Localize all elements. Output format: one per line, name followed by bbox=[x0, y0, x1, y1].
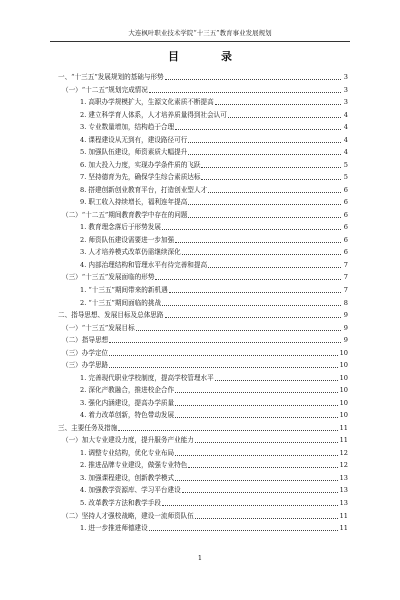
dot-leader bbox=[165, 317, 342, 318]
dot-leader bbox=[109, 367, 337, 368]
dot-leader bbox=[188, 217, 341, 218]
page-number: 1 bbox=[0, 554, 400, 562]
toc-entry-level3[interactable]: 3. 人才培养模式改革仍需继续深化6 bbox=[80, 246, 348, 258]
dot-leader bbox=[165, 79, 341, 80]
toc-entry-page: 8 bbox=[343, 297, 348, 309]
dot-leader bbox=[175, 242, 341, 243]
toc-entry-page: 6 bbox=[343, 184, 348, 196]
toc-entry-page: 6 bbox=[343, 209, 348, 221]
dot-leader bbox=[149, 530, 338, 531]
toc-entry-label: 7. 坚持德育为先，确保学生综合素质达标 bbox=[80, 171, 201, 183]
toc-entry-page: 10 bbox=[340, 372, 348, 384]
toc-entry-level1[interactable]: 二、指导思想、发展目标及总体思路9 bbox=[58, 309, 348, 321]
dot-leader bbox=[201, 179, 341, 180]
toc-entry-label: （三）“十三五”发展面临的形势 bbox=[62, 271, 155, 283]
dot-leader bbox=[162, 305, 341, 306]
toc-entry-label: 4. 课程建设从无到有，建设路径可行 bbox=[80, 134, 188, 146]
toc-entry-level3[interactable]: 4. 着力改革创新，特色带动发展10 bbox=[80, 409, 348, 421]
toc-entry-level3[interactable]: 8. 搭建创新创业教育平台，打造创业型人才6 bbox=[80, 184, 348, 196]
dot-leader bbox=[228, 117, 341, 118]
toc-entry-page: 10 bbox=[340, 409, 348, 421]
toc-entry-page: 6 bbox=[343, 246, 348, 258]
dot-leader bbox=[208, 267, 341, 268]
toc-entry-page: 11 bbox=[340, 434, 348, 446]
dot-leader bbox=[188, 467, 337, 468]
toc-entry-level2[interactable]: （三）办学定位10 bbox=[62, 347, 348, 359]
toc-entry-label: （三）办学定位 bbox=[62, 347, 109, 359]
toc-entry-level3[interactable]: 6. 加大投入力度，实现办学条件质的飞跃5 bbox=[80, 159, 348, 171]
toc-title-right: 录 bbox=[221, 48, 232, 64]
toc-entry-level3[interactable]: 5. 加强队伍建设，师资素质大幅提升4 bbox=[80, 146, 348, 158]
toc-entry-level2[interactable]: （三）“十三五”发展面临的形势7 bbox=[62, 271, 348, 283]
dot-leader bbox=[182, 254, 341, 255]
toc-entry-page: 10 bbox=[340, 397, 348, 409]
toc-entry-level3[interactable]: 3. 强化内涵建设，提高办学质量10 bbox=[80, 397, 348, 409]
dot-leader bbox=[109, 342, 341, 343]
toc-entry-page: 3 bbox=[343, 71, 348, 83]
toc-entry-page: 7 bbox=[343, 284, 348, 296]
dot-leader bbox=[188, 154, 341, 155]
dot-leader bbox=[188, 204, 341, 205]
toc-entry-level3[interactable]: 1. 进一步推进师德建设11 bbox=[80, 522, 348, 534]
toc-entry-level2[interactable]: （三）办学思路10 bbox=[62, 359, 348, 371]
dot-leader bbox=[109, 355, 337, 356]
toc-entry-label: 一、“十三五”发展规划的基础与形势 bbox=[58, 71, 165, 83]
dot-leader bbox=[175, 455, 338, 456]
toc-entry-page: 4 bbox=[343, 109, 348, 121]
toc-entry-label: （一）加大专业建设力度，提升服务产业能力 bbox=[62, 434, 195, 446]
toc-entry-label: 1. 高职办学规模扩大，生源文化素质不断提高 bbox=[80, 96, 215, 108]
toc-entry-label: 4. 加强教学资源库、学习平台建设 bbox=[80, 484, 182, 496]
toc-entry-level3[interactable]: 1. 教育理念落后于形势发展6 bbox=[80, 221, 348, 233]
toc-entry-page: 11 bbox=[340, 422, 348, 434]
toc-entry-page: 12 bbox=[340, 459, 348, 471]
toc-entry-level3[interactable]: 9. 职工收入持续增长，福利连年提高6 bbox=[80, 196, 348, 208]
dot-leader bbox=[162, 505, 338, 506]
toc-entry-page: 13 bbox=[340, 497, 348, 509]
dot-leader bbox=[195, 518, 338, 519]
toc-entry-label: （二）坚持人才强校战略，建设一流师资队伍 bbox=[62, 510, 195, 522]
dot-leader bbox=[136, 330, 341, 331]
toc-entry-page: 3 bbox=[343, 84, 348, 96]
toc-entry-page: 9 bbox=[343, 334, 348, 346]
toc-entry-label: 2. 建立科学育人体系，人才培养质量得到社会认可 bbox=[80, 109, 228, 121]
toc-entry-level3[interactable]: 1. 高职办学规模扩大，生源文化素质不断提高3 bbox=[80, 96, 348, 108]
toc-entry-page: 6 bbox=[343, 196, 348, 208]
toc-entry-label: 5. 加强队伍建设，师资素质大幅提升 bbox=[80, 146, 188, 158]
toc-entry-label: 2. 推进品牌专业建设，做强专业特色 bbox=[80, 459, 188, 471]
toc-entry-page: 11 bbox=[340, 522, 348, 534]
toc-entry-page: 5 bbox=[343, 171, 348, 183]
toc-entry-label: 2. “十三五”期间面临的挑战 bbox=[80, 297, 162, 309]
toc-entry-level1[interactable]: 三、主要任务及措施11 bbox=[58, 422, 348, 434]
toc-entry-label: 3. 强化内涵建设，提高办学质量 bbox=[80, 397, 175, 409]
toc-entry-label: （二）“十二五”期间教育教学中存在的问题 bbox=[62, 209, 188, 221]
toc-entry-level2[interactable]: （一）“十二五”规划完成情况3 bbox=[62, 84, 348, 96]
toc-entry-label: 1. 进一步推进师德建设 bbox=[80, 522, 149, 534]
toc-entry-page: 3 bbox=[343, 96, 348, 108]
toc-entry-page: 4 bbox=[343, 134, 348, 146]
toc-entry-level3[interactable]: 4. 内部治理结构和管理水平有待完善和提高7 bbox=[80, 259, 348, 271]
dot-leader bbox=[175, 405, 338, 406]
toc-entry-level3[interactable]: 1. 完善现代职业学校制度，提高学校管理水平10 bbox=[80, 372, 348, 384]
dot-leader bbox=[149, 92, 341, 93]
toc-entry-label: 9. 职工收入持续增长，福利连年提高 bbox=[80, 196, 188, 208]
toc-entry-label: 5. 改革教学方法和教学手段 bbox=[80, 497, 162, 509]
dot-leader bbox=[195, 442, 338, 443]
toc-entry-page: 9 bbox=[343, 309, 348, 321]
toc-entry-level3[interactable]: 2. “十三五”期间面临的挑战8 bbox=[80, 297, 348, 309]
toc-entry-level3[interactable]: 1. “十三五”期间带来的新机遇7 bbox=[80, 284, 348, 296]
dot-leader bbox=[215, 380, 338, 381]
toc-entry-level3[interactable]: 7. 坚持德育为先，确保学生综合素质达标5 bbox=[80, 171, 348, 183]
toc-entry-level3[interactable]: 2. 建立科学育人体系，人才培养质量得到社会认可4 bbox=[80, 109, 348, 121]
toc-entry-level2[interactable]: （一）加大专业建设力度，提升服务产业能力11 bbox=[62, 434, 348, 446]
toc-entry-label: 2. 深化产教融合，推进校企合作 bbox=[80, 384, 175, 396]
toc-entry-label: 8. 搭建创新创业教育平台，打造创业型人才 bbox=[80, 184, 208, 196]
toc-entry-page: 9 bbox=[343, 322, 348, 334]
toc-entry-level3[interactable]: 4. 加强教学资源库、学习平台建设13 bbox=[80, 484, 348, 496]
toc-entry-page: 4 bbox=[343, 146, 348, 158]
toc-entry-page: 7 bbox=[343, 259, 348, 271]
toc-entry-label: 3. 人才培养模式改革仍需继续深化 bbox=[80, 246, 182, 258]
toc-entry-level3[interactable]: 1. 调整专业结构，优化专业布局12 bbox=[80, 447, 348, 459]
dot-leader bbox=[188, 142, 341, 143]
toc-entry-page: 4 bbox=[343, 121, 348, 133]
toc-entry-level2[interactable]: （二）坚持人才强校战略，建设一流师资队伍11 bbox=[62, 510, 348, 522]
toc-entry-level3[interactable]: 5. 改革教学方法和教学手段13 bbox=[80, 497, 348, 509]
toc-entry-label: 4. 着力改革创新，特色带动发展 bbox=[80, 409, 175, 421]
toc-entry-level3[interactable]: 3. 加强课程建设，创新教学模式13 bbox=[80, 472, 348, 484]
dot-leader bbox=[155, 279, 341, 280]
dot-leader bbox=[175, 129, 341, 130]
toc-entry-level3[interactable]: 2. 深化产教融合，推进校企合作10 bbox=[80, 384, 348, 396]
toc-entry-level3[interactable]: 4. 课程建设从无到有，建设路径可行4 bbox=[80, 134, 348, 146]
running-header: 大连枫叶职业技术学院“十三五”教育事业发展规划 bbox=[50, 27, 350, 42]
toc-entry-label: 1. “十三五”期间带来的新机遇 bbox=[80, 284, 169, 296]
toc-entry-level1[interactable]: 一、“十三五”发展规划的基础与形势3 bbox=[58, 71, 348, 83]
toc-entry-page: 12 bbox=[340, 447, 348, 459]
dot-leader bbox=[215, 104, 341, 105]
toc-entry-label: 3. 加强课程建设，创新教学模式 bbox=[80, 472, 175, 484]
toc-entry-level2[interactable]: （二）“十二五”期间教育教学中存在的问题6 bbox=[62, 209, 348, 221]
toc-entry-page: 6 bbox=[343, 234, 348, 246]
toc-entry-page: 10 bbox=[340, 359, 348, 371]
toc-entry-label: （一）“十二五”规划完成情况 bbox=[62, 84, 149, 96]
dot-leader bbox=[169, 292, 341, 293]
toc-entry-page: 10 bbox=[340, 347, 348, 359]
toc-entry-label: 3. 专业数量增加，结构趋于合理 bbox=[80, 121, 175, 133]
toc-entry-page: 7 bbox=[343, 271, 348, 283]
toc-entry-page: 5 bbox=[343, 159, 348, 171]
toc-entry-level2[interactable]: （二）指导思想9 bbox=[62, 334, 348, 346]
toc-entry-page: 10 bbox=[340, 384, 348, 396]
toc-entry-label: （一）“十三五”发展目标 bbox=[62, 322, 136, 334]
toc-entry-level2[interactable]: （一）“十三五”发展目标9 bbox=[62, 322, 348, 334]
toc-entry-label: 1. 完善现代职业学校制度，提高学校管理水平 bbox=[80, 372, 215, 384]
dot-leader bbox=[175, 392, 338, 393]
toc-entry-label: 三、主要任务及措施 bbox=[58, 422, 118, 434]
toc-title-left: 目 bbox=[168, 48, 179, 64]
toc-entry-level3[interactable]: 2. 师资队伍建设需要进一步加强6 bbox=[80, 234, 348, 246]
toc-entry-label: 1. 调整专业结构，优化专业布局 bbox=[80, 447, 175, 459]
toc-entry-page: 6 bbox=[343, 221, 348, 233]
toc-entry-label: 4. 内部治理结构和管理水平有待完善和提高 bbox=[80, 259, 208, 271]
toc-entry-level3[interactable]: 2. 推进品牌专业建设，做强专业特色12 bbox=[80, 459, 348, 471]
dot-leader bbox=[175, 417, 338, 418]
dot-leader bbox=[182, 492, 338, 493]
toc-entry-label: 1. 教育理念落后于形势发展 bbox=[80, 221, 162, 233]
toc-entry-label: 6. 加大投入力度，实现办学条件质的飞跃 bbox=[80, 159, 201, 171]
dot-leader bbox=[118, 430, 337, 431]
toc-entry-level3[interactable]: 3. 专业数量增加，结构趋于合理4 bbox=[80, 121, 348, 133]
dot-leader bbox=[201, 167, 341, 168]
dot-leader bbox=[162, 229, 341, 230]
toc-entry-page: 13 bbox=[340, 472, 348, 484]
toc-title: 目录 bbox=[0, 48, 400, 64]
toc-entry-label: 二、指导思想、发展目标及总体思路 bbox=[58, 309, 165, 321]
toc-entry-page: 11 bbox=[340, 510, 348, 522]
dot-leader bbox=[208, 192, 341, 193]
toc-entry-label: 2. 师资队伍建设需要进一步加强 bbox=[80, 234, 175, 246]
dot-leader bbox=[175, 480, 338, 481]
toc-entry-page: 13 bbox=[340, 484, 348, 496]
toc-entry-label: （三）办学思路 bbox=[62, 359, 109, 371]
toc-entry-label: （二）指导思想 bbox=[62, 334, 109, 346]
